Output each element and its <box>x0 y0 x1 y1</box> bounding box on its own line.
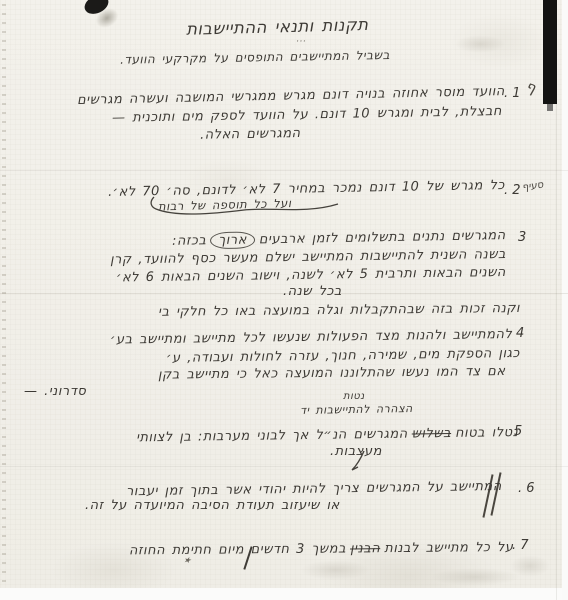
document-subtitle: בשביל המתיישבים התופסים על מקרקעי הוועד. <box>120 48 390 67</box>
clause-6-number: . 6 <box>518 481 535 496</box>
clause-5-line-1-pre: נטלו בטוח <box>455 425 518 441</box>
clause-5-line-1-post: המגרשים הנ״ל אך לבוני מערבות: בן לצוותי <box>136 427 408 446</box>
scan-artifact-bar <box>543 0 557 104</box>
document-title: תקנות ותנאי ההתיישבות <box>186 15 369 39</box>
clause-2-number: . 2 <box>504 183 521 198</box>
stain <box>430 568 520 586</box>
note-underline-swash-mark <box>146 196 346 220</box>
clause-2-margin-word: סעיף <box>521 180 544 194</box>
paper-crease <box>0 170 568 171</box>
clause-3-circled-word: ארוך <box>211 231 256 249</box>
scan-edge-speckle <box>2 0 6 600</box>
title-underline-dots: ··· <box>296 37 306 47</box>
clause-6-line-1: המתיישב על המגרשים צריך להיות יהודי אשר … <box>126 479 502 499</box>
clause-4-line-1: להמתיישב ולהנות מצד הפעולות שנעשו לכל מת… <box>110 327 513 348</box>
clause-4-number: 4 <box>516 326 524 341</box>
scan-artifact-bar-tail <box>547 104 553 111</box>
scan-right-band <box>562 0 568 600</box>
clause-1-number: . 1 <box>504 86 521 101</box>
scanned-document-page: תקנות ותנאי ההתיישבות ··· בשביל המתיישבי… <box>0 0 568 600</box>
clause-4-line-3: אם צד המו נעשו שהתלוננו המועצה כאל כי מת… <box>158 364 506 383</box>
clause-1-line-3: המגרשים האלה. <box>200 126 301 143</box>
clause-4-line-4: סדרוני. — <box>24 384 86 399</box>
clause-3-line-2: בשנה השנית להתיישבות המתיישב ישלם מעשר כ… <box>110 247 506 268</box>
paper-crease <box>0 466 568 467</box>
clause-5-struck-word: בשלוש <box>411 426 451 442</box>
clause-3-line-4: בכל שנה. <box>283 284 342 299</box>
stain <box>455 35 505 53</box>
clause-7-line-1-post: במשך 3 חדשים מיום חתימת החוזה <box>129 541 346 558</box>
pen-checkmark-mark <box>348 450 368 472</box>
scan-bottom-band <box>0 588 568 600</box>
clause-5-header-line: הצהרה להתיישבות יד <box>300 402 413 417</box>
clause-1-line-2: חבצלת, לבית ומגרש 10 דונם. על הוועד לספק… <box>112 104 502 126</box>
clause-3-number: 3 <box>518 230 526 245</box>
stain <box>510 555 550 577</box>
clause-5-line-1: נטלו בטוחבשלושהמגרשים הנ״ל אך לבוני מערב… <box>134 425 520 445</box>
clause-3-line-5: וקנה זכות בזה שבהתקבלות וגלה במועצה באו … <box>158 301 520 320</box>
clause-7-struck-word: הבנין <box>350 541 380 556</box>
pen-asterisk-mark: ٭ <box>181 551 192 568</box>
clause-3-line-1: המגרשים נתנים בתשלומים לזמן ארבעיםארוךבכ… <box>170 228 508 249</box>
clause-3-line-3: השנים הבאות ותרבית 5 לא׳ לשנה, וישוב השנ… <box>116 265 506 285</box>
clause-1-margin-flourish: ף <box>523 77 538 97</box>
stain <box>300 560 370 580</box>
clause-5-superscript-word: נטות <box>343 391 365 402</box>
clause-4-line-2: כגון הספקת מים, שמירה, חנוך, עזרה לחולות… <box>166 346 520 366</box>
clause-7-line-1-pre: על כל מתיישב לבנות <box>385 540 514 556</box>
clause-3-line-1-post: בכזה: <box>172 233 207 249</box>
clause-6-line-2: או שיעזוב תעודת הסיבה המיועדה על זה. <box>85 498 340 513</box>
clause-3-line-1-pre: המגרשים נתנים בתשלומים לזמן ארבעים <box>259 228 506 247</box>
